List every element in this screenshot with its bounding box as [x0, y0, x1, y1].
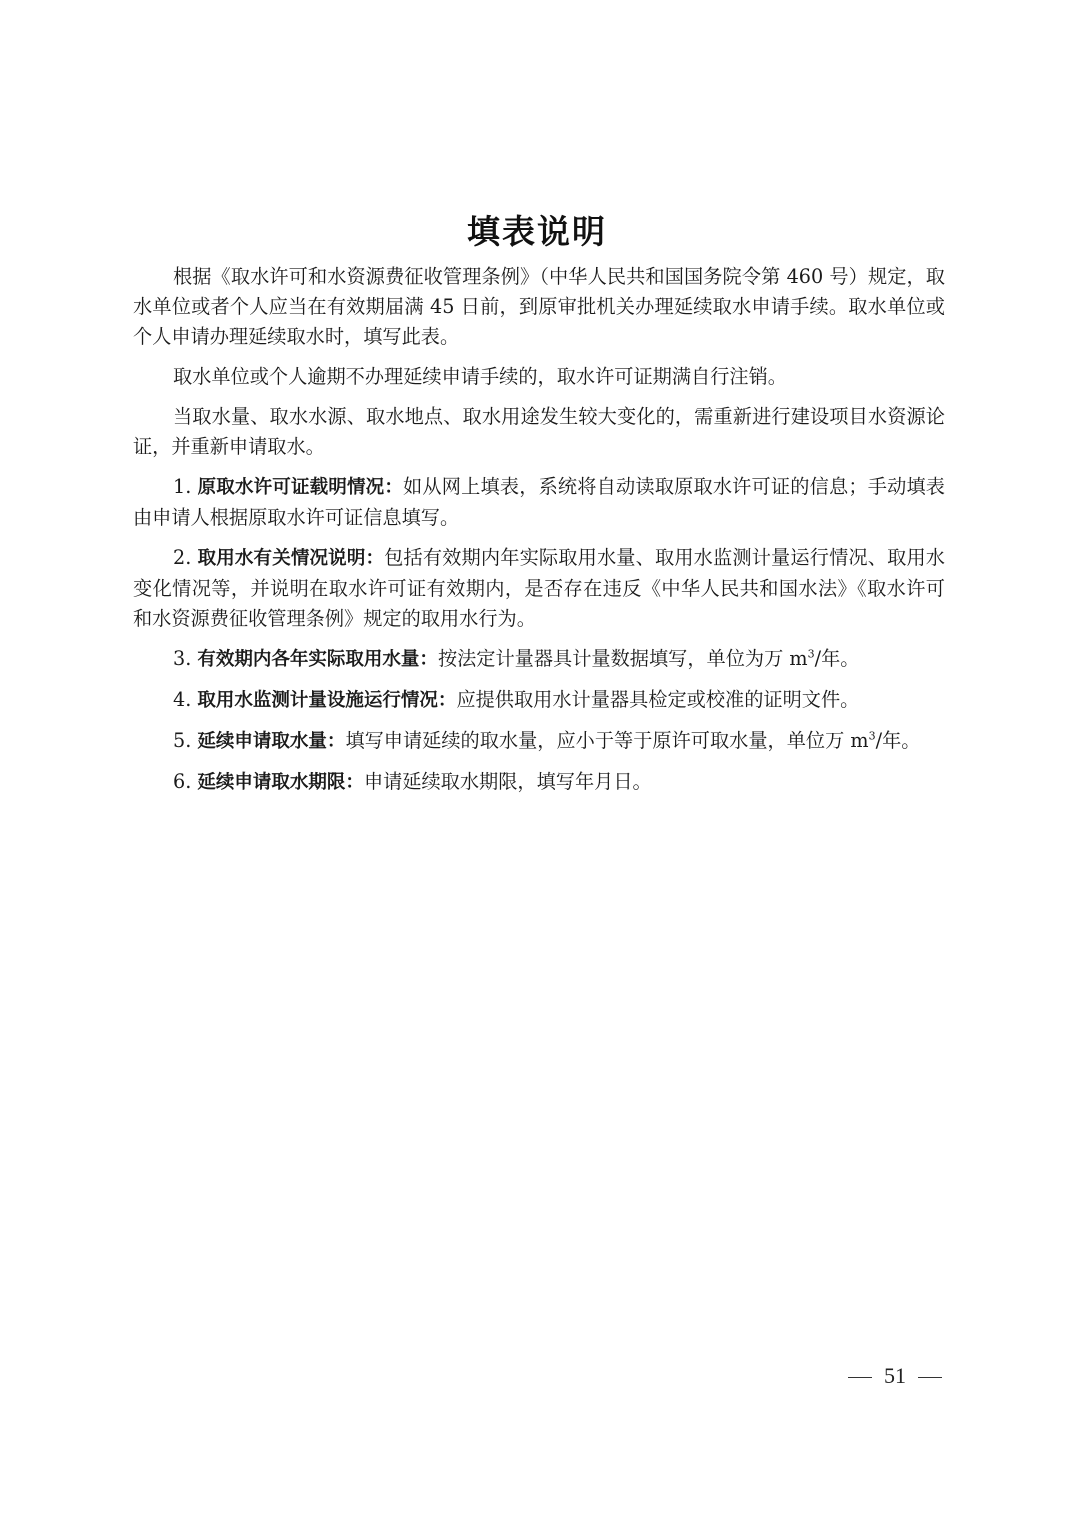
item-text: 按法定计量器具计量数据填写，单位为万 m [438, 647, 808, 670]
intro-paragraph-reassessment: 当取水量、取水水源、取水地点、取水用途发生较大变化的，需重新进行建设项目水资源论… [133, 402, 945, 462]
item-heading: 延续申请取水量： [197, 731, 345, 752]
item-number: 5. [173, 729, 191, 752]
dash-right [918, 1377, 942, 1378]
instruction-item-5: 5. 延续申请取水量：填写申请延续的取水量，应小于等于原许可取水量，单位万 m3… [133, 726, 945, 757]
instruction-item-2: 2. 取用水有关情况说明：包括有效期内年实际取用水量、取用水监测计量运行情况、取… [133, 543, 945, 634]
unit-superscript: 3 [808, 648, 815, 661]
item-text: 填写申请延续的取水量，应小于等于原许可取水量，单位万 m [345, 729, 868, 752]
item-number: 1. [173, 475, 191, 498]
item-heading: 有效期内各年实际取用水量： [197, 649, 438, 670]
page-number-value: 51 [884, 1361, 906, 1391]
paragraph-text: 取水单位或个人逾期不办理延续申请手续的，取水许可证期满自行注销。 [173, 365, 787, 388]
item-number: 6. [173, 770, 191, 793]
instruction-item-4: 4. 取用水监测计量设施运行情况：应提供取用水计量器具检定或校准的证明文件。 [133, 685, 945, 716]
item-text: 应提供取用水计量器具检定或校准的证明文件。 [456, 688, 859, 711]
item-text: 申请延续取水期限，填写年月日。 [364, 770, 652, 793]
instruction-item-3: 3. 有效期内各年实际取用水量：按法定计量器具计量数据填写，单位为万 m3/年。 [133, 644, 945, 675]
item-number: 3. [173, 647, 191, 670]
page-title: 填表说明 [0, 210, 1074, 254]
item-text-after: /年。 [876, 729, 921, 752]
item-number: 4. [173, 688, 191, 711]
unit-superscript: 3 [869, 730, 876, 743]
intro-paragraph-expiry: 取水单位或个人逾期不办理延续申请手续的，取水许可证期满自行注销。 [133, 362, 945, 392]
instructions-body: 根据《取水许可和水资源费征收管理条例》（中华人民共和国国务院令第 460 号）规… [133, 262, 945, 808]
item-heading: 原取水许可证载明情况： [198, 477, 403, 498]
instruction-item-6: 6. 延续申请取水期限：申请延续取水期限，填写年月日。 [133, 767, 945, 798]
item-text-after: /年。 [815, 647, 860, 670]
intro-paragraph-regulation: 根据《取水许可和水资源费征收管理条例》（中华人民共和国国务院令第 460 号）规… [133, 262, 945, 352]
item-heading: 取用水监测计量设施运行情况： [197, 690, 456, 711]
item-number: 2. [173, 546, 191, 569]
item-heading: 延续申请取水期限： [197, 772, 364, 793]
paragraph-text: 根据《取水许可和水资源费征收管理条例》（中华人民共和国国务院令第 460 号）规… [133, 265, 945, 348]
instruction-item-1: 1. 原取水许可证载明情况：如从网上填表，系统将自动读取原取水许可证的信息；手动… [133, 472, 945, 533]
dash-left [848, 1377, 872, 1378]
paragraph-text: 当取水量、取水水源、取水地点、取水用途发生较大变化的，需重新进行建设项目水资源论… [133, 405, 945, 458]
item-heading: 取用水有关情况说明： [198, 548, 385, 569]
page-number: 51 [843, 1361, 947, 1391]
